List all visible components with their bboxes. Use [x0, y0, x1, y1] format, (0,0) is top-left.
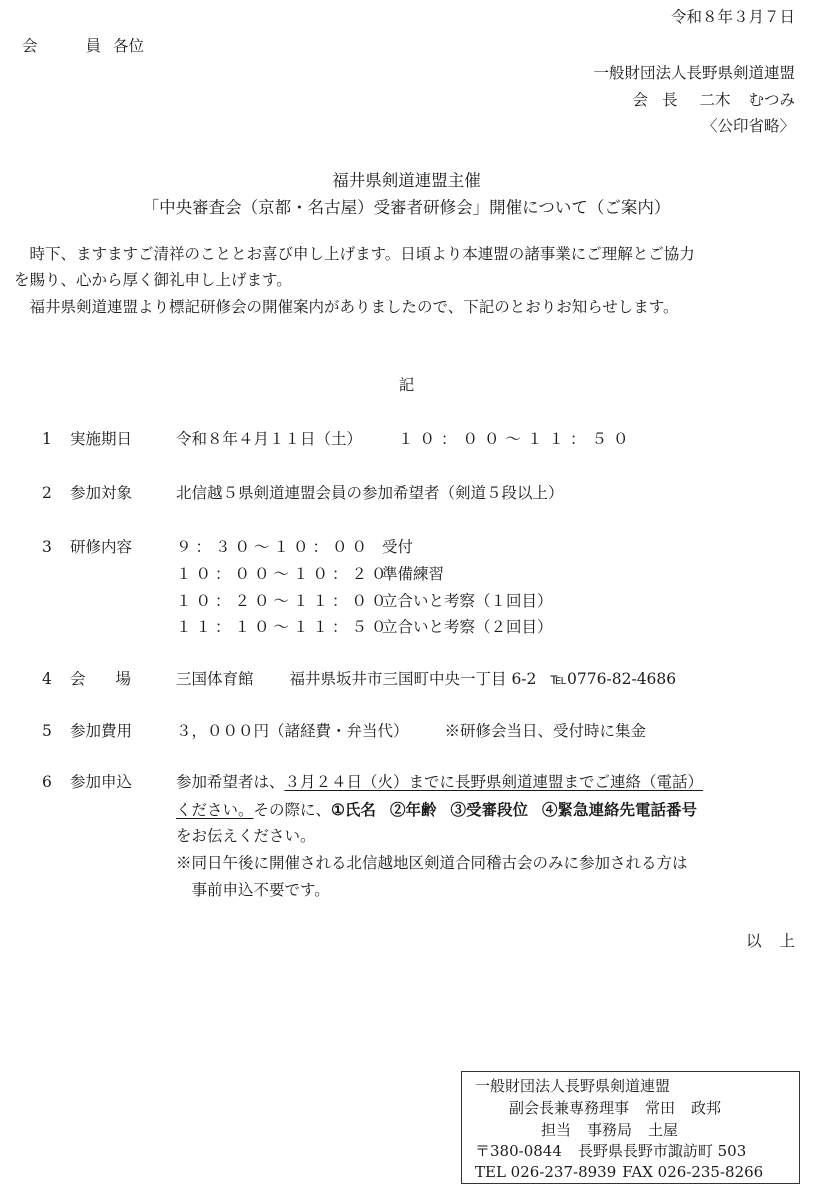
schedule-row: １１：１０～１１：５０立合いと考察（２回目） — [176, 620, 553, 636]
item-label: 参加費用 — [70, 724, 132, 740]
schedule-time: １０：００～１０：２０ — [176, 567, 382, 583]
schedule-activity: 立合いと考察（１回目） — [382, 594, 553, 610]
contact-staff: 担当事務局土屋 — [541, 1123, 678, 1138]
item-value: 北信越５県剣道連盟会員の参加希望者（剣道５段以上） — [176, 486, 564, 502]
required-info-1: ①氏名 — [331, 800, 376, 819]
schedule-time: １１：１０～１１：５０ — [176, 620, 382, 636]
schedule-row: １０：００～１０：２０準備練習 — [176, 567, 444, 583]
title-line2: 「中央審査会（京都・名古屋）受審者研修会」開催について（ご案内） — [0, 200, 813, 217]
ki-heading: 記 — [0, 378, 813, 394]
title-line1: 福井県剣道連盟主催 — [0, 173, 813, 190]
item-number: 3 — [42, 540, 52, 556]
item-label: 参加対象 — [70, 486, 132, 502]
deadline-underlined: ３月２４日（火）までに長野県剣道連盟までご連絡（電話） — [285, 773, 704, 791]
schedule-activity: 受付 — [382, 540, 413, 556]
addressee-part2: 員 — [86, 37, 102, 55]
item-number: 5 — [42, 724, 52, 740]
sender-name-family: 二木 — [699, 91, 730, 109]
item-number: 4 — [42, 672, 52, 688]
body-paragraph2: 福井県剣道連盟より標記研修会の開催案内がありましたので、下記のとおりお知らせしま… — [14, 300, 679, 316]
sender-name-line: 会長二木むつみ — [632, 93, 795, 109]
application-line3: をお伝えください。 — [176, 829, 316, 845]
venue-address: 福井県坂井市三国町中央一丁目 6-2 — [290, 670, 537, 688]
addressee: 会員各位 — [22, 39, 144, 55]
item-label: 実施期日 — [70, 432, 132, 448]
contact-phone-fax: TEL 026-237-8939FAX 026-235-8266 — [475, 1165, 763, 1180]
sender-title-part1: 会 — [632, 91, 648, 109]
schedule-row: ９：３０～１０：００受付 — [176, 540, 413, 556]
body-paragraph1-line1: 時下、ますますご清祥のこととお喜び申し上げます。日頃より本連盟の諸事業にご理解と… — [14, 247, 695, 263]
item-number: 1 — [42, 432, 52, 448]
application-note-line1: ※同日午後に開催される北信越地区剣道合同稽古会のみに参加される方は — [176, 856, 688, 872]
sender-organization: 一般財団法人長野県剣道連盟 — [593, 66, 795, 82]
item-label: 会場 — [70, 672, 131, 688]
application-line2: ください。その際に、①氏名②年齢③受審段位④緊急連絡先電話番号 — [176, 802, 697, 819]
required-info-4: ④緊急連絡先電話番号 — [542, 800, 697, 819]
required-info-2: ②年齢 — [390, 800, 437, 819]
addressee-part1: 会 — [22, 37, 38, 55]
addressee-part3: 各位 — [113, 37, 144, 55]
item-value: 三国体育館福井県坂井市三国町中央一丁目 6-2℡0776-82-4686 — [176, 672, 676, 688]
application-note-line2: 事前申込不要です。 — [176, 883, 330, 899]
contact-address: 〒380-0844長野県長野市諏訪町 503 — [475, 1144, 746, 1159]
schedule-time: １０：２０～１１：００ — [176, 594, 382, 610]
event-time: １０：００～１１：５０ — [398, 430, 635, 448]
item-number: 2 — [42, 486, 52, 502]
seal-omitted-note: 〈公印省略〉 — [702, 119, 795, 135]
required-info-3: ③受審段位 — [450, 800, 528, 819]
event-date: 令和８年４月１１日（土） — [176, 430, 362, 448]
contact-person: 副会長兼専務理事常田政邦 — [509, 1101, 721, 1116]
schedule-activity: 立合いと考察（２回目） — [382, 620, 553, 636]
item-number: 6 — [42, 775, 52, 791]
application-line1: 参加希望者は、３月２４日（火）までに長野県剣道連盟までご連絡（電話） — [176, 775, 703, 791]
contact-organization: 一般財団法人長野県剣道連盟 — [475, 1079, 670, 1094]
sender-name-given: むつみ — [748, 91, 795, 109]
item-value: 令和８年４月１１日（土）１０：００～１１：５０ — [176, 432, 635, 448]
fee-note: ※研修会当日、受付時に集金 — [445, 722, 647, 740]
contact-tel: TEL 026-237-8939 — [475, 1163, 616, 1181]
contact-box: 一般財団法人長野県剣道連盟 副会長兼専務理事常田政邦 担当事務局土屋 〒380-… — [461, 1071, 800, 1184]
item-label: 参加申込 — [70, 775, 132, 791]
schedule-time: ９：３０～１０：００ — [176, 540, 382, 556]
schedule-activity: 準備練習 — [382, 567, 444, 583]
venue-tel: ℡0776-82-4686 — [550, 670, 676, 688]
schedule-row: １０：２０～１１：００立合いと考察（１回目） — [176, 594, 553, 610]
fee-amount: ３，０００円（諸経費・弁当代） — [176, 722, 409, 740]
sender-title-part2: 長 — [662, 91, 678, 109]
item-label: 研修内容 — [70, 540, 132, 556]
closing-ijou: 以上 — [746, 934, 795, 950]
body-paragraph1-line2: を賜り、心から厚く御礼申し上げます。 — [14, 273, 292, 289]
venue-name: 三国体育館 — [176, 670, 254, 688]
contact-fax: FAX 026-235-8266 — [622, 1163, 763, 1181]
document-date: 令和８年３月７日 — [671, 10, 795, 26]
item-value: ３，０００円（諸経費・弁当代）※研修会当日、受付時に集金 — [176, 724, 646, 740]
